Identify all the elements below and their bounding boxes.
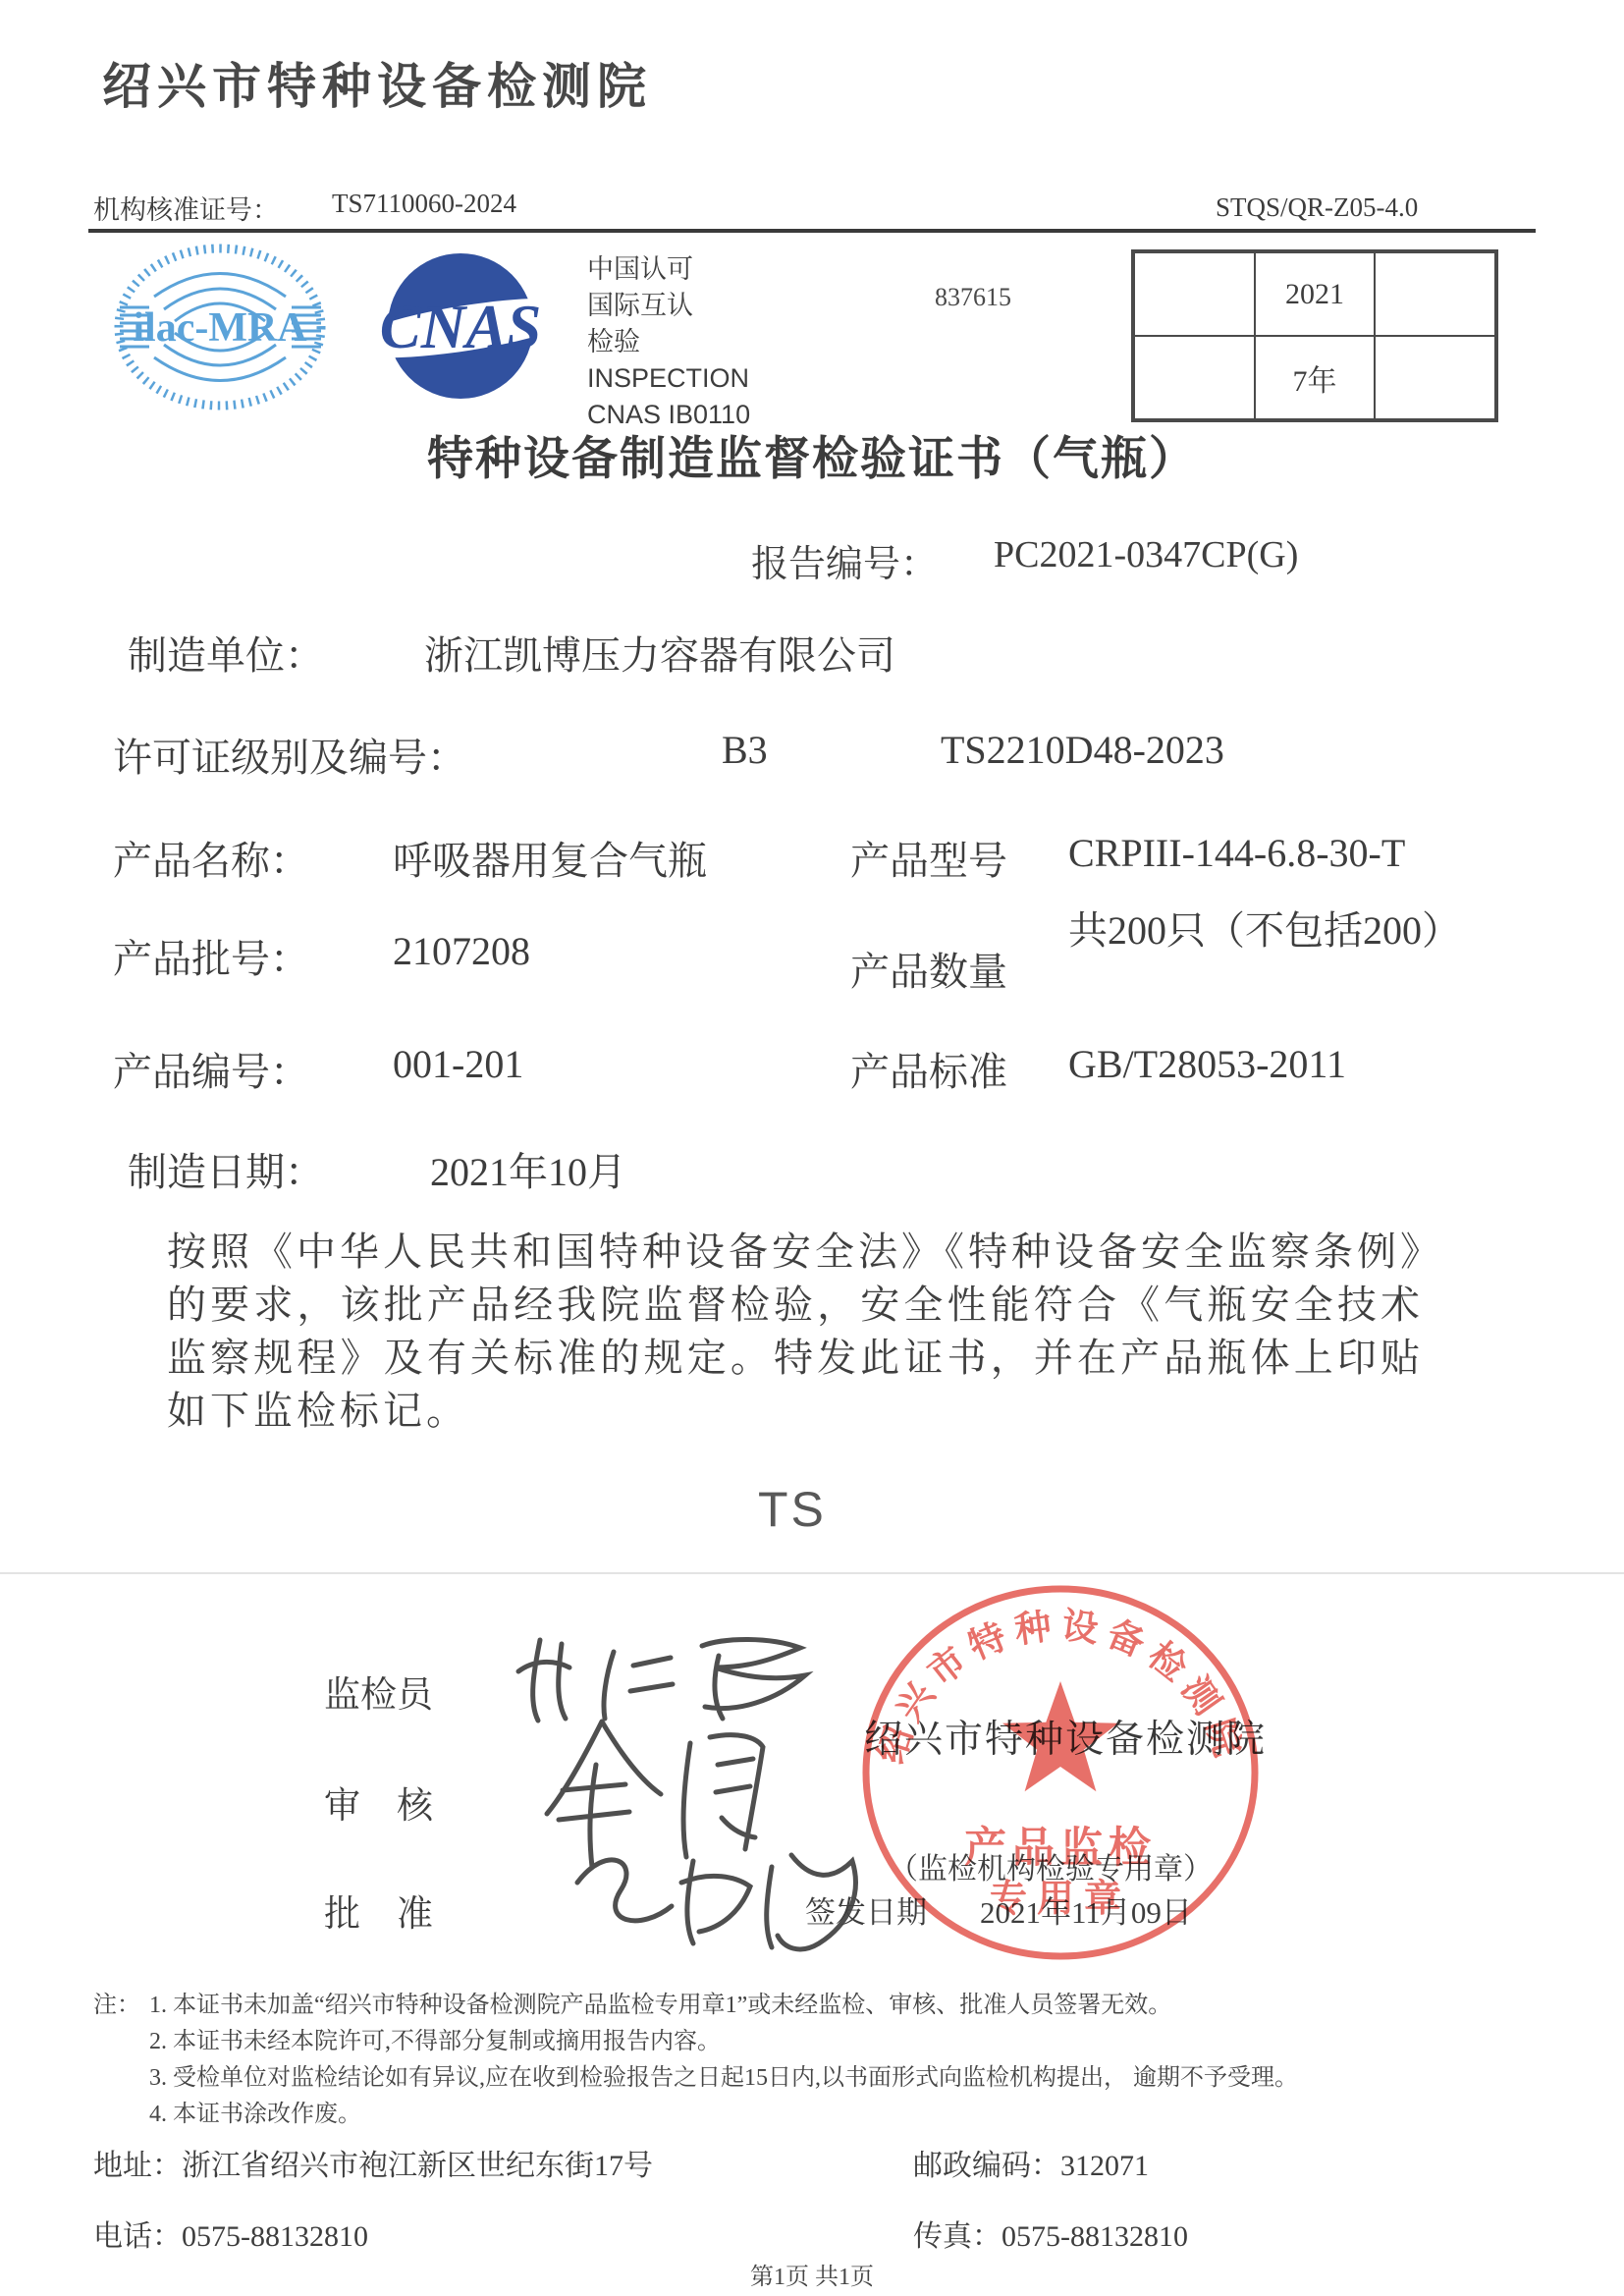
product-name-value: 呼吸器用复合气瓶 — [393, 830, 707, 886]
note-item-4: 4. 本证书涂改作废。 — [149, 2097, 1298, 2133]
notes-prefix: 注： — [93, 1988, 140, 2024]
issue-date-label: 签发日期 — [805, 1887, 927, 1932]
report-number-label: 报告编号： — [751, 533, 938, 587]
statement-paragraph: 按照《中华人民共和国特种设备安全法》《特种设备安全监察条例》的要求，该批产品经我… — [167, 1226, 1424, 1438]
cnas-logo: CNAS — [355, 247, 581, 405]
year-table-cell-duration: 7年 — [1255, 336, 1376, 419]
year-table-cell — [1375, 252, 1495, 336]
phone-label: 电话： — [93, 2220, 182, 2253]
manufacture-date-label: 制造日期： — [128, 1141, 324, 1197]
product-serial-value: 001-201 — [393, 1041, 523, 1087]
standard-value: GB/T28053-2011 — [1068, 1041, 1346, 1087]
issue-date-value: 2021年11月09日 — [980, 1887, 1192, 1932]
section-divider — [0, 1572, 1624, 1574]
cnas-text: CNAS — [380, 293, 542, 361]
product-serial-label: 产品编号： — [113, 1041, 309, 1097]
approval-number: TS7110060-2024 — [332, 189, 516, 219]
cnas-caption: 中国认可 国际互认 检验 INSPECTION CNAS IB0110 — [587, 251, 750, 433]
report-number-value: PC2021-0347CP(G) — [994, 533, 1298, 576]
quantity-label: 产品数量 — [850, 941, 1007, 997]
serial-number: 837615 — [935, 283, 1011, 312]
product-name-label: 产品名称： — [113, 830, 309, 886]
batch-value: 2107208 — [393, 928, 530, 974]
notes-list: 1. 本证书未加盖“绍兴市特种设备检测院产品监检专用章1”或未经监检、审核、批准… — [149, 1988, 1298, 2133]
ts-mark: TS — [758, 1481, 827, 1538]
cnas-caption-line2: 国际互认 — [587, 288, 750, 324]
fax-value: 0575-88132810 — [1001, 2220, 1188, 2253]
org-title: 绍兴市特种设备检测院 — [102, 47, 652, 118]
year-table-cell — [1134, 336, 1255, 419]
zip-label: 邮政编码： — [913, 2150, 1060, 2182]
note-item-2: 2. 本证书未经本院许可,不得部分复制或摘用报告内容。 — [149, 2024, 1298, 2060]
note-item-1: 1. 本证书未加盖“绍兴市特种设备检测院产品监检专用章1”或未经监检、审核、批准… — [149, 1988, 1298, 2024]
model-value: CRPIII-144-6.8-30-T — [1068, 830, 1405, 876]
address-label: 地址： — [93, 2150, 182, 2182]
manufacturer-label: 制造单位： — [128, 625, 324, 681]
ilac-mra-text: ilac-MRA — [133, 305, 307, 351]
cnas-caption-line1: 中国认可 — [587, 251, 750, 288]
address-row-left: 地址：浙江省绍兴市袍江新区世纪东街17号 — [93, 2141, 653, 2184]
phone-value: 0575-88132810 — [182, 2220, 368, 2253]
year-table-cell — [1134, 252, 1255, 336]
reviewer-label: 审 核 — [324, 1776, 433, 1829]
address-value: 浙江省绍兴市袍江新区世纪东街17号 — [182, 2150, 653, 2182]
cnas-caption-line3: 检验 — [587, 324, 750, 360]
inspector-label: 监检员 — [324, 1665, 433, 1718]
seal-note: （监检机构检验专用章） — [889, 1844, 1213, 1887]
doc-code: STQS/QR-Z05-4.0 — [1216, 192, 1418, 223]
issuing-institute: 绍兴市特种设备检测院 — [864, 1709, 1267, 1764]
license-level: B3 — [722, 727, 768, 773]
year-table-cell — [1375, 336, 1495, 419]
quantity-value: 共200只（不包括200） — [1068, 905, 1481, 957]
year-table-cell-year: 2021 — [1255, 252, 1376, 336]
ilac-mra-logo: ilac-MRA — [110, 243, 331, 411]
year-table: 2021 7年 — [1131, 249, 1498, 422]
approval-label: 机构核准证号： — [93, 189, 279, 227]
zip-value: 312071 — [1060, 2150, 1149, 2182]
license-label: 许可证级别及编号： — [113, 727, 466, 783]
phone-row: 电话：0575-88132810 — [93, 2212, 368, 2255]
license-number: TS2210D48-2023 — [941, 727, 1224, 773]
cnas-caption-line4: INSPECTION — [587, 360, 750, 397]
note-item-3: 3. 受检单位对监检结论如有异议,应在收到检验报告之日起15日内,以书面形式向监… — [149, 2060, 1298, 2097]
page-number: 第1页 共1页 — [0, 2257, 1624, 2291]
manufacturer-value: 浙江凯博压力容器有限公司 — [424, 625, 895, 681]
approver-label: 批 准 — [324, 1884, 433, 1937]
zip-row: 邮政编码：312071 — [913, 2141, 1149, 2184]
batch-label: 产品批号： — [113, 928, 309, 984]
model-label: 产品型号 — [850, 830, 1007, 886]
fax-row: 传真：0575-88132810 — [913, 2212, 1188, 2255]
certificate-page: 绍兴市特种设备检测院 机构核准证号： TS7110060-2024 STQS/Q… — [0, 0, 1624, 2296]
manufacture-date-value: 2021年10月 — [430, 1141, 626, 1197]
header-divider — [88, 229, 1536, 233]
standard-label: 产品标准 — [850, 1041, 1007, 1097]
certificate-title: 特种设备制造监督检验证书（气瓶） — [0, 422, 1624, 488]
fax-label: 传真： — [913, 2220, 1001, 2253]
